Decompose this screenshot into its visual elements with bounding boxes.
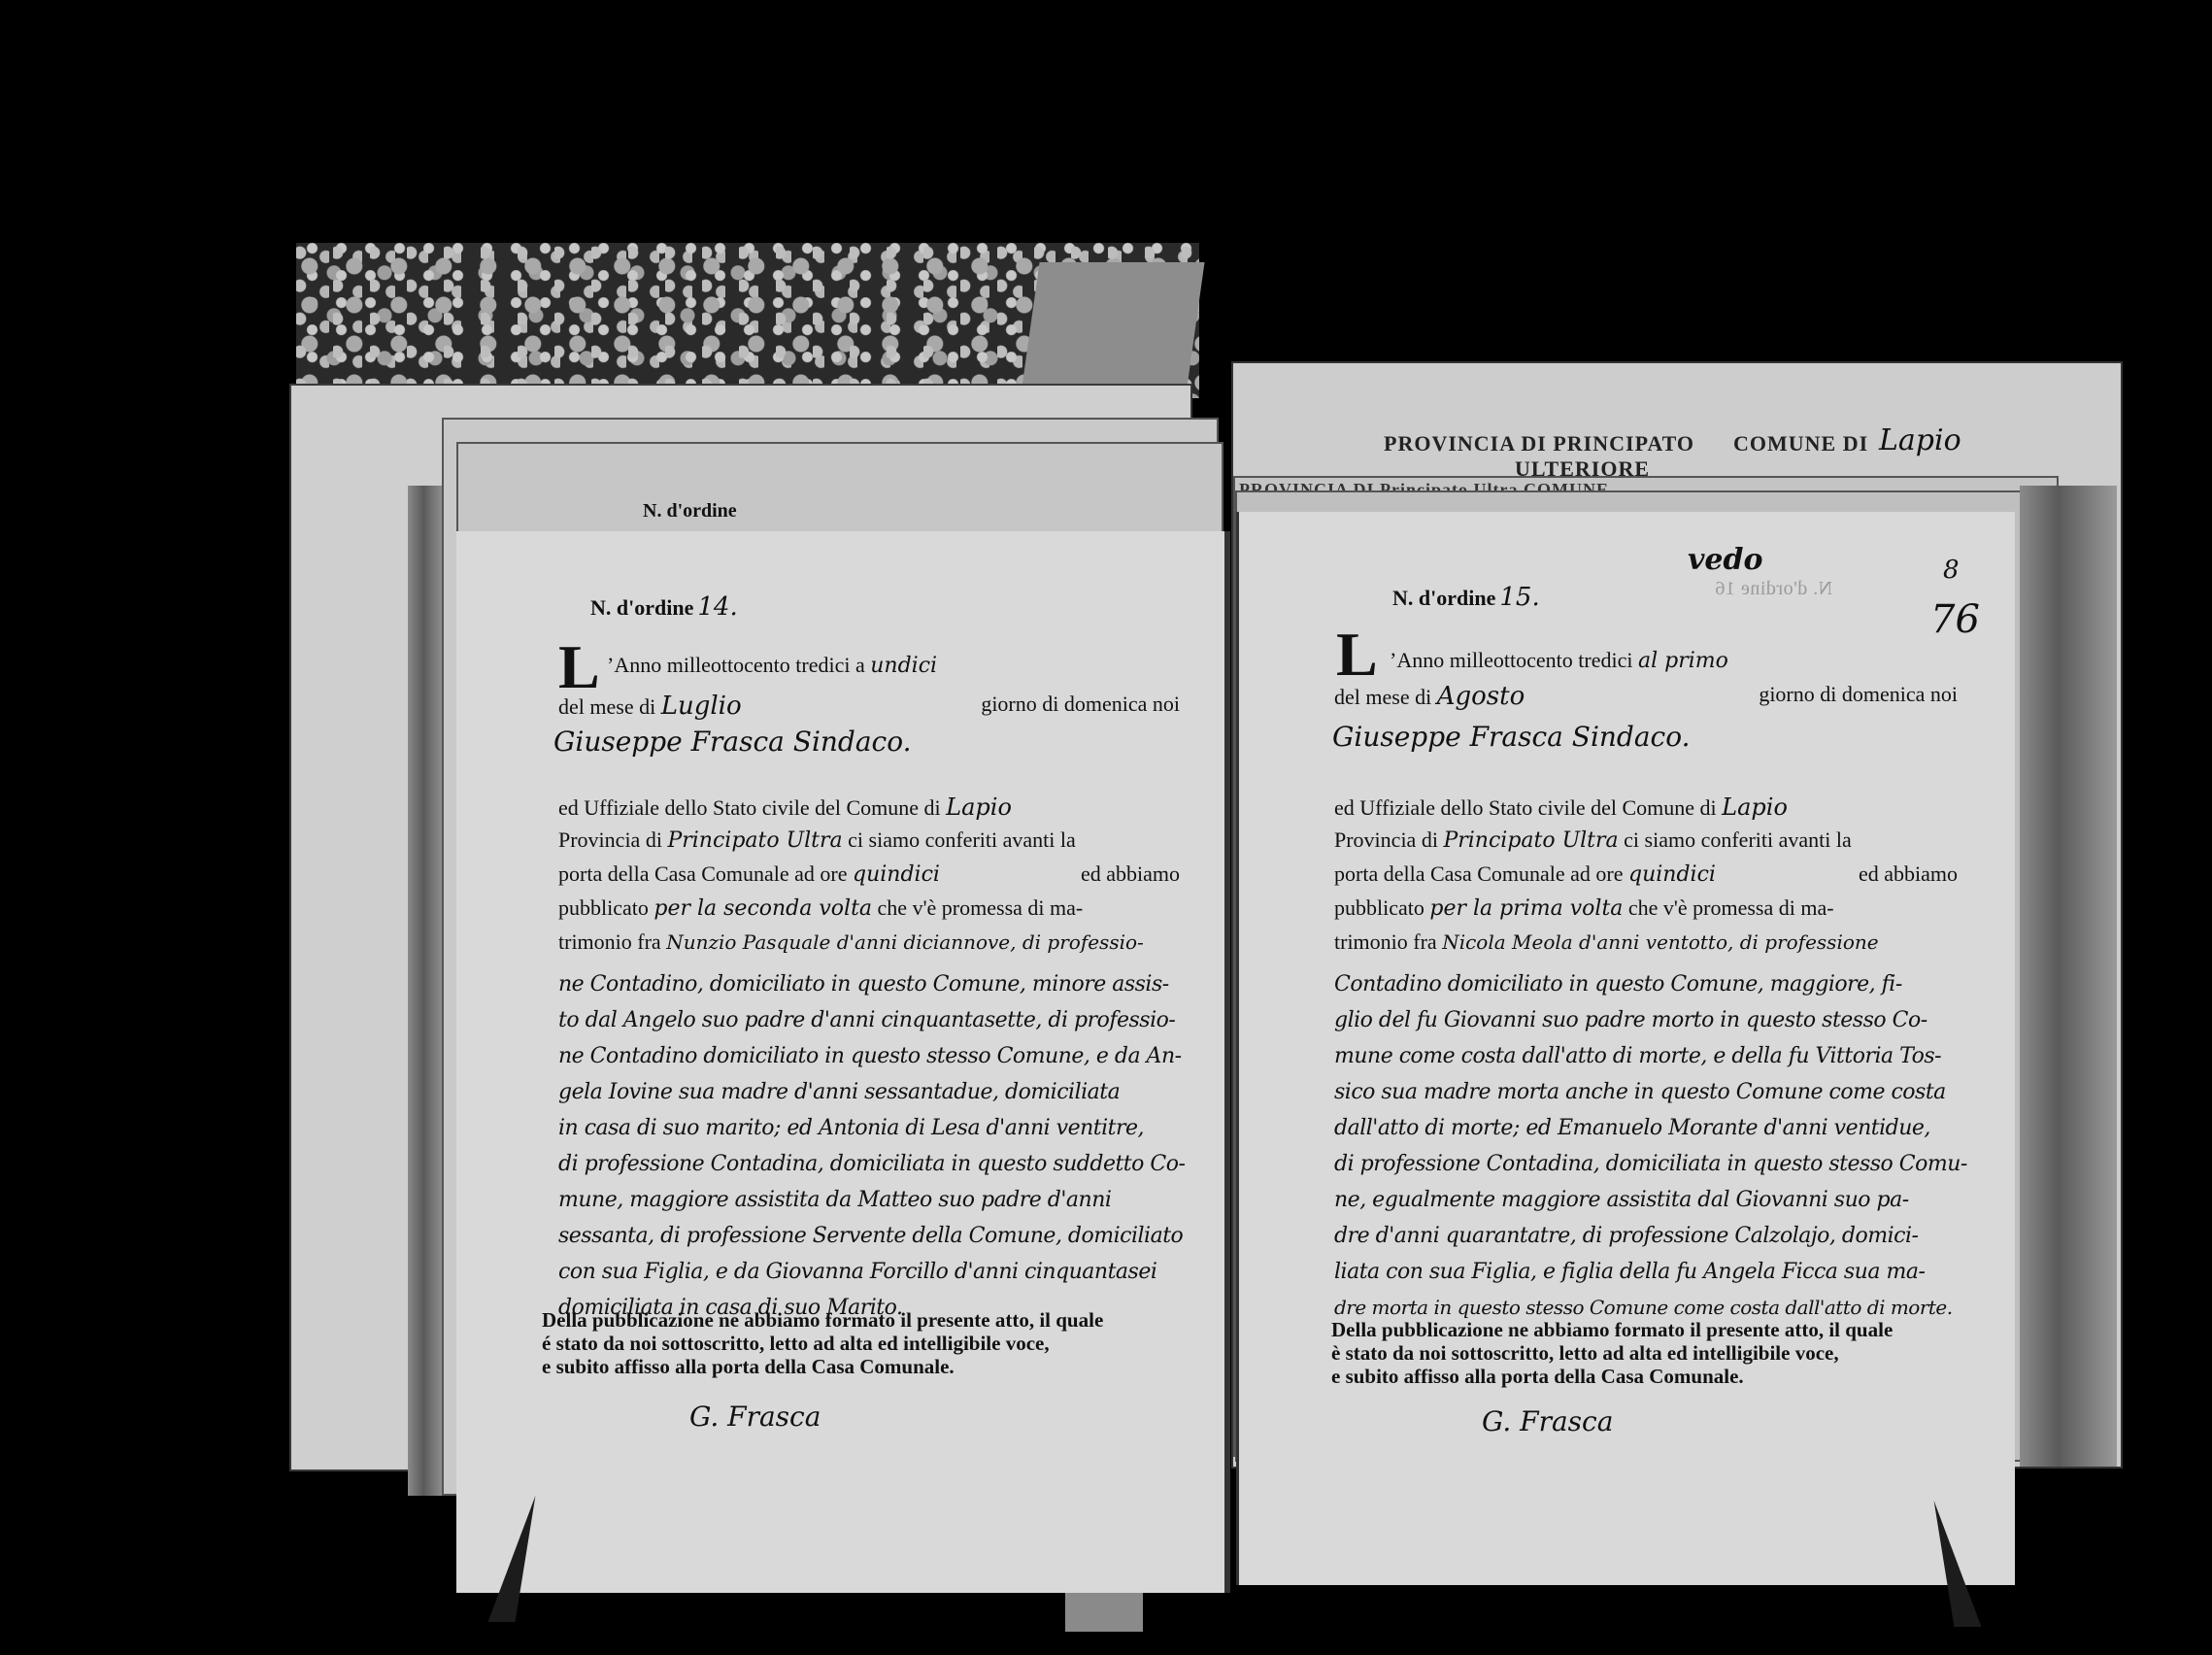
order-number: N. d'ordine 15. bbox=[1392, 583, 1540, 612]
line-marriage: trimonio fra Nicola Meola d'anni ventott… bbox=[1334, 929, 1879, 955]
comune-value: Lapio bbox=[1879, 423, 1961, 457]
order-value: 15. bbox=[1499, 583, 1539, 612]
signature: G. Frasca bbox=[689, 1401, 821, 1433]
folio-number-top: 8 bbox=[1943, 556, 1960, 585]
line-year: ’Anno milleottocento tredici al primo bbox=[1390, 648, 1728, 673]
order-number: N. d'ordine 14. bbox=[590, 592, 738, 622]
line-year: ’Anno milleottocento tredici a undici bbox=[607, 653, 937, 678]
signature: G. Frasca bbox=[1482, 1405, 1613, 1437]
order-label: N. d'ordine bbox=[1392, 586, 1495, 610]
mayor-name: Giuseppe Frasca Sindaco. bbox=[1332, 721, 1691, 753]
line-marriage: trimonio fra Nunzio Pasquale d'anni dici… bbox=[558, 929, 1144, 955]
bleed-through-text: N. d'ordine 16 bbox=[1715, 578, 1832, 600]
line-officer: ed Uffiziale dello Stato civile del Comu… bbox=[1334, 794, 1788, 821]
back-page-order-label: N. d'ordine bbox=[643, 500, 737, 523]
drop-letter: L bbox=[558, 636, 600, 698]
left-page: N. d'ordine 14. L ’Anno milleottocento t… bbox=[456, 531, 1230, 1593]
handwritten-body: ne Contadino, domiciliato in questo Comu… bbox=[558, 966, 1185, 1326]
folio-number-bottom: 76 bbox=[1930, 597, 1980, 642]
line-hour: porta della Casa Comunale ad ore quindic… bbox=[1334, 861, 1958, 887]
top-annotation: vedo bbox=[1688, 543, 1763, 577]
handwritten-body: Contadino domiciliato in questo Comune, … bbox=[1334, 966, 1967, 1326]
mayor-name: Giuseppe Frasca Sindaco. bbox=[553, 726, 912, 758]
comune-label: COMUNE DI bbox=[1733, 431, 1868, 456]
order-label: N. d'ordine bbox=[590, 595, 693, 620]
right-page-edges bbox=[2020, 486, 2117, 1467]
closing-statement: Della pubblicazione ne abbiamo formato i… bbox=[1331, 1318, 1893, 1388]
order-value: 14. bbox=[697, 592, 737, 622]
left-stacked-sheet-top: N. d'ordine bbox=[456, 442, 1223, 539]
spine-tab bbox=[1065, 1593, 1143, 1632]
line-month: del mese di Luglio giorno di domenica no… bbox=[558, 692, 1180, 721]
line-month: del mese di Agosto giorno di domenica no… bbox=[1334, 682, 1958, 711]
line-published: pubblicato per la prima volta che v'è pr… bbox=[1334, 895, 1834, 921]
line-hour: porta della Casa Comunale ad ore quindic… bbox=[558, 861, 1180, 887]
line-province: Provincia di Principato Ultra ci siamo c… bbox=[1334, 827, 1958, 853]
closing-statement: Della pubblicazione ne abbiamo formato i… bbox=[542, 1308, 1103, 1378]
line-officer: ed Uffiziale dello Stato civile del Comu… bbox=[558, 794, 1012, 821]
left-page-edges bbox=[408, 486, 447, 1496]
line-province: Provincia di Principato Ultra ci siamo c… bbox=[558, 827, 1180, 853]
right-page: vedo 8 76 N. d'ordine 16 N. d'ordine 15.… bbox=[1236, 512, 2015, 1585]
drop-letter: L bbox=[1336, 624, 1378, 686]
province-header: PROVINCIA DI PRINCIPATO bbox=[1384, 431, 1694, 456]
line-published: pubblicato per la seconda volta che v'è … bbox=[558, 895, 1083, 921]
